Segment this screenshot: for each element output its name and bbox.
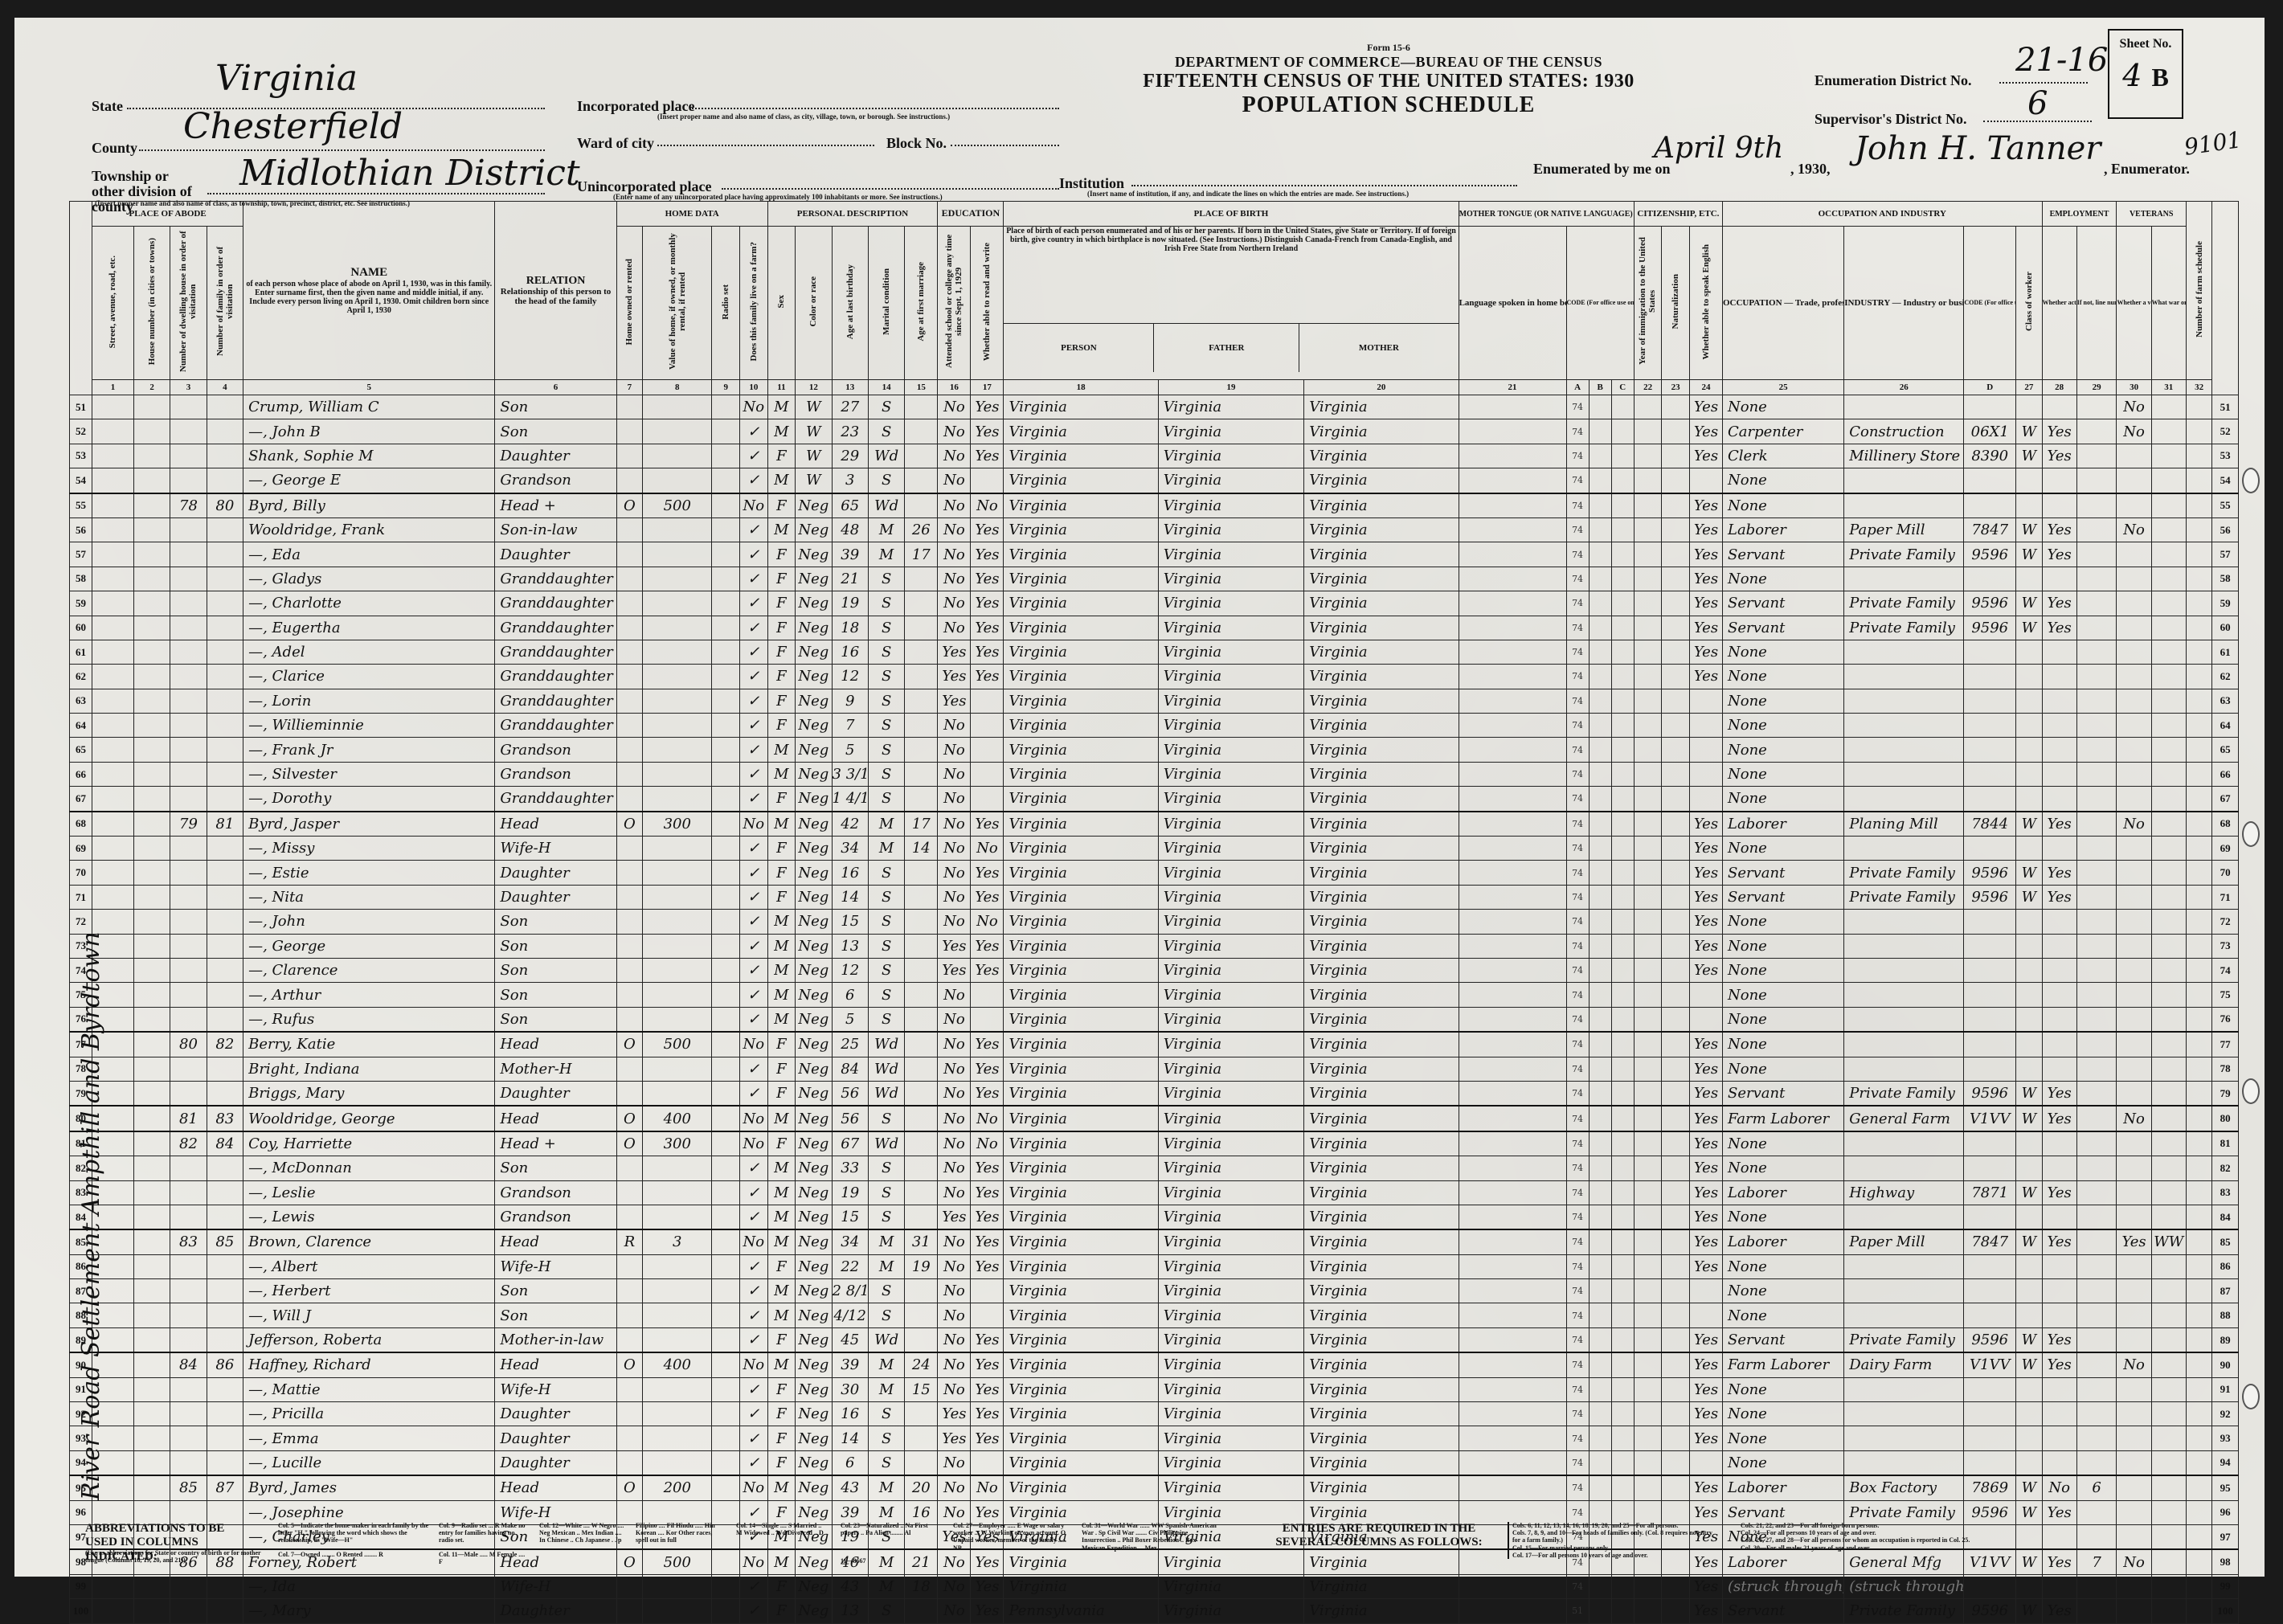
class-of-worker: W <box>2016 517 2042 542</box>
ward-label: Ward of city <box>577 135 654 152</box>
col-26-header: INDUSTRY — Industry or business, as cott… <box>1844 227 1964 380</box>
occupation-code: 9596 <box>1964 616 2016 640</box>
column-number: 24 <box>1689 380 1722 395</box>
birthplace-father: Virginia <box>1158 714 1304 738</box>
code-c <box>1611 1205 1634 1229</box>
farm: ✓ <box>740 1574 768 1595</box>
unemployment-line <box>2076 714 2117 738</box>
family-number <box>207 1574 243 1595</box>
person-name: —, John B <box>243 419 495 444</box>
farm: ✓ <box>740 1279 768 1303</box>
column-number: A <box>1566 380 1589 395</box>
code-b <box>1589 517 1611 542</box>
birthplace-mother: Virginia <box>1304 1131 1459 1156</box>
farm: No <box>740 1229 768 1254</box>
age-first-marriage <box>905 1106 938 1131</box>
line-number-right: 57 <box>2212 542 2239 567</box>
col-7-header: Home owned or rented <box>616 227 642 380</box>
at-work <box>2042 762 2076 786</box>
code-a: 74 <box>1566 1057 1589 1081</box>
class-of-worker <box>2016 395 2042 419</box>
attended-school: No <box>938 1254 971 1278</box>
unemployment-line <box>2076 640 2117 664</box>
birthplace-father: Virginia <box>1158 1574 1304 1595</box>
marital-status: S <box>868 1426 904 1450</box>
column-number: 31 <box>2151 380 2186 395</box>
house <box>133 762 170 786</box>
abbrev-col31: Col. 31—World War ...... WW Spanish-Amer… <box>1082 1522 1218 1552</box>
column-number: 5 <box>243 380 495 395</box>
age: 12 <box>832 665 868 689</box>
relation: Granddaughter <box>495 689 616 713</box>
occupation-code <box>1964 689 2016 713</box>
attended-school: No <box>938 910 971 934</box>
class-of-worker <box>2016 934 2042 958</box>
relation: Son-in-law <box>495 517 616 542</box>
veteran <box>2117 1032 2151 1057</box>
census-sheet: State Virginia County Chesterfield Towns… <box>14 18 2265 1577</box>
radio-set <box>712 689 740 713</box>
race: Neg <box>796 640 832 664</box>
birthplace-father: Virginia <box>1158 1402 1304 1426</box>
line-number-right: 60 <box>2212 616 2239 640</box>
marital-status: M <box>868 1229 904 1254</box>
veteran <box>2117 444 2151 468</box>
line-number-right: 91 <box>2212 1377 2239 1401</box>
code-a: 74 <box>1566 934 1589 958</box>
radio-set <box>712 1131 740 1156</box>
marital-status: S <box>868 787 904 812</box>
code-a: 74 <box>1566 1402 1589 1426</box>
person-name: —, Pricilla <box>243 1402 495 1426</box>
home-owned <box>616 738 642 762</box>
line-number-right: 59 <box>2212 591 2239 616</box>
radio-set <box>712 542 740 567</box>
speaks-english <box>1689 983 1722 1007</box>
line-number: 99 <box>70 1574 92 1595</box>
read-write: Yes <box>971 419 1004 444</box>
age: 56 <box>832 1106 868 1131</box>
veteran <box>2117 689 2151 713</box>
code-b <box>1589 665 1611 689</box>
farm-schedule <box>2186 1081 2211 1106</box>
naturalization <box>1662 1402 1690 1426</box>
at-work <box>2042 1402 2076 1426</box>
war <box>2151 1377 2186 1401</box>
radio-set <box>712 444 740 468</box>
street <box>92 861 134 885</box>
occupation: None <box>1722 983 1843 1007</box>
class-of-worker: W <box>2016 1081 2042 1106</box>
naturalization <box>1662 787 1690 812</box>
birthplace-mother: Virginia <box>1304 714 1459 738</box>
home-owned <box>616 616 642 640</box>
occupation: None <box>1722 1007 1843 1032</box>
birthplace-mother: Virginia <box>1304 1279 1459 1303</box>
house <box>133 861 170 885</box>
col-1-header: Street, avenue, road, etc. <box>92 227 134 380</box>
age-first-marriage <box>905 910 938 934</box>
col-29-header: If not, line number on Unemployment Sche… <box>2076 227 2117 380</box>
attended-school: No <box>938 567 971 591</box>
age: 15 <box>832 910 868 934</box>
line-number: 64 <box>70 714 92 738</box>
attended-school: No <box>938 738 971 762</box>
attended-school: No <box>938 861 971 885</box>
radio-set <box>712 958 740 982</box>
code-a: 74 <box>1566 861 1589 885</box>
unincorporated-line <box>722 188 1059 190</box>
read-write: Yes <box>971 1377 1004 1401</box>
relation: Head <box>495 812 616 837</box>
incorporated-line <box>689 108 1059 109</box>
unemployment-line <box>2076 1352 2117 1377</box>
unemployment-line <box>2076 1426 2117 1450</box>
race: Neg <box>796 542 832 567</box>
line-number-right: 76 <box>2212 1007 2239 1032</box>
table-row: 59—, CharlotteGranddaughter✓FNeg19SNoYes… <box>70 591 2239 616</box>
race: Neg <box>796 837 832 861</box>
occupation: None <box>1722 395 1843 419</box>
marital-status: M <box>868 517 904 542</box>
line-number-right: 68 <box>2212 812 2239 837</box>
relation: Granddaughter <box>495 591 616 616</box>
occupation: Servant <box>1722 1327 1843 1352</box>
table-row: 71—, NitaDaughter✓FNeg14SNoYesVirginiaVi… <box>70 885 2239 909</box>
naturalization <box>1662 665 1690 689</box>
age: 14 <box>832 1426 868 1450</box>
home-value <box>643 934 712 958</box>
age: 4/12 <box>832 1303 868 1327</box>
industry <box>1844 934 1964 958</box>
unemployment-line <box>2076 837 2117 861</box>
person-name: —, Gladys <box>243 567 495 591</box>
occupation: None <box>1722 1205 1843 1229</box>
attended-school: No <box>938 444 971 468</box>
language <box>1459 517 1566 542</box>
line-number-right: 99 <box>2212 1574 2239 1595</box>
age: 19 <box>832 591 868 616</box>
race: W <box>796 395 832 419</box>
birthplace-mother: Virginia <box>1304 444 1459 468</box>
age: 65 <box>832 493 868 518</box>
birthplace-person: Virginia <box>1004 910 1158 934</box>
code-c <box>1611 1057 1634 1081</box>
marital-status: S <box>868 983 904 1007</box>
line-number: 55 <box>70 493 92 518</box>
sd-value: 6 <box>2027 85 2048 122</box>
home-value: 300 <box>643 1131 712 1156</box>
sex: M <box>767 738 796 762</box>
group-veterans: VETERANS <box>2117 202 2186 227</box>
relation: Grandson <box>495 468 616 493</box>
table-row: 62—, ClariceGranddaughter✓FNeg12SYesYesV… <box>70 665 2239 689</box>
line-number-right: 81 <box>2212 1131 2239 1156</box>
sex: F <box>767 616 796 640</box>
street <box>92 738 134 762</box>
code-b <box>1589 958 1611 982</box>
marital-status: Wd <box>868 493 904 518</box>
home-owned <box>616 1450 642 1475</box>
birthplace-father: Virginia <box>1158 837 1304 861</box>
col-15-header: Age at first marriage <box>905 227 938 380</box>
col-25-header: OCCUPATION — Trade, profession, or parti… <box>1722 227 1843 380</box>
age-first-marriage <box>905 468 938 493</box>
table-row: 958587Byrd, JamesHeadO200NoMNeg43M20NoNo… <box>70 1475 2239 1500</box>
street <box>92 616 134 640</box>
age: 15 <box>832 1205 868 1229</box>
unemployment-line <box>2076 665 2117 689</box>
age-first-marriage <box>905 1156 938 1180</box>
naturalization <box>1662 395 1690 419</box>
naturalization <box>1662 1180 1690 1205</box>
speaks-english: Yes <box>1689 837 1722 861</box>
age: 42 <box>832 812 868 837</box>
age: 16 <box>832 1402 868 1426</box>
code-a: 74 <box>1566 1205 1589 1229</box>
county-line <box>139 149 545 151</box>
at-work <box>2042 1279 2076 1303</box>
read-write: Yes <box>971 1352 1004 1377</box>
at-work <box>2042 395 2076 419</box>
house <box>133 1180 170 1205</box>
war <box>2151 1007 2186 1032</box>
birthplace-person: Virginia <box>1004 1303 1158 1327</box>
language <box>1459 812 1566 837</box>
age: 34 <box>832 837 868 861</box>
farm-schedule <box>2186 395 2211 419</box>
age-first-marriage: 20 <box>905 1475 938 1500</box>
birthplace-father: Virginia <box>1158 419 1304 444</box>
race: Neg <box>796 567 832 591</box>
relation: Son <box>495 1279 616 1303</box>
sex: F <box>767 787 796 812</box>
person-name: Crump, William C <box>243 395 495 419</box>
veteran <box>2117 1007 2151 1032</box>
race: Neg <box>796 1426 832 1450</box>
column-number: C <box>1611 380 1634 395</box>
industry: (struck through) <box>1844 1574 1964 1595</box>
age-first-marriage <box>905 1007 938 1032</box>
farm-schedule <box>2186 468 2211 493</box>
age: 33 <box>832 1156 868 1180</box>
industry: Private Family <box>1844 616 1964 640</box>
attended-school: No <box>938 1475 971 1500</box>
home-owned <box>616 1574 642 1595</box>
race: Neg <box>796 1574 832 1595</box>
veteran <box>2117 1303 2151 1327</box>
race: Neg <box>796 1475 832 1500</box>
marital-status: S <box>868 1450 904 1475</box>
farm: ✓ <box>740 517 768 542</box>
dwelling-number <box>170 542 207 567</box>
age-first-marriage <box>905 762 938 786</box>
family-number <box>207 910 243 934</box>
at-work <box>2042 1254 2076 1278</box>
group-occupation: OCCUPATION AND INDUSTRY <box>1722 202 2042 227</box>
dwelling-number: 83 <box>170 1229 207 1254</box>
industry: Private Family <box>1844 542 1964 567</box>
farm: ✓ <box>740 910 768 934</box>
state-value: Virginia <box>215 58 358 99</box>
person-name: —, Adel <box>243 640 495 664</box>
veteran <box>2117 1279 2151 1303</box>
home-owned <box>616 1279 642 1303</box>
code-a: 74 <box>1566 787 1589 812</box>
war <box>2151 1450 2186 1475</box>
sex: M <box>767 468 796 493</box>
marital-status: S <box>868 468 904 493</box>
home-value <box>643 1007 712 1032</box>
age-first-marriage <box>905 738 938 762</box>
code-b <box>1589 885 1611 909</box>
line-gutter-right <box>2212 202 2239 395</box>
birthplace-person: Virginia <box>1004 738 1158 762</box>
birthplace-person: Virginia <box>1004 1057 1158 1081</box>
code-c <box>1611 1327 1634 1352</box>
attended-school: No <box>938 1057 971 1081</box>
sex: M <box>767 958 796 982</box>
speaks-english: Yes <box>1689 542 1722 567</box>
binder-hole <box>2242 468 2260 493</box>
language <box>1459 616 1566 640</box>
war <box>2151 983 2186 1007</box>
year-immigration <box>1634 1426 1662 1450</box>
dwelling-number <box>170 640 207 664</box>
home-value <box>643 419 712 444</box>
code-a: 74 <box>1566 1352 1589 1377</box>
birthplace-father: Virginia <box>1158 444 1304 468</box>
birthplace-father: Virginia <box>1158 567 1304 591</box>
person-name: —, Eda <box>243 542 495 567</box>
sex: F <box>767 689 796 713</box>
relation: Son <box>495 419 616 444</box>
birthplace-mother: Virginia <box>1304 1007 1459 1032</box>
home-owned <box>616 1180 642 1205</box>
farm-schedule <box>2186 958 2211 982</box>
home-owned <box>616 861 642 885</box>
industry <box>1844 1303 1964 1327</box>
attended-school: No <box>938 1131 971 1156</box>
naturalization <box>1662 689 1690 713</box>
attended-school: No <box>938 885 971 909</box>
home-owned <box>616 665 642 689</box>
class-of-worker <box>2016 1057 2042 1081</box>
birthplace-father: Virginia <box>1158 1032 1304 1057</box>
farm: ✓ <box>740 1402 768 1426</box>
occupation: None <box>1722 1131 1843 1156</box>
year-immigration <box>1634 419 1662 444</box>
race: Neg <box>796 812 832 837</box>
home-owned <box>616 1156 642 1180</box>
occupation: None <box>1722 837 1843 861</box>
sex: F <box>767 1327 796 1352</box>
population-schedule-table: PLACE OF ABODE NAME of each person whose… <box>69 201 2239 1595</box>
farm-schedule <box>2186 738 2211 762</box>
birthplace-mother: Virginia <box>1304 1254 1459 1278</box>
person-name: —, Ida <box>243 1574 495 1595</box>
industry: Construction <box>1844 419 1964 444</box>
speaks-english <box>1689 1007 1722 1032</box>
sheet-number: 4 <box>2122 58 2142 93</box>
family-number <box>207 1081 243 1106</box>
family-number <box>207 542 243 567</box>
sex: F <box>767 1574 796 1595</box>
naturalization <box>1662 1057 1690 1081</box>
speaks-english: Yes <box>1689 1254 1722 1278</box>
table-row: 76—, RufusSon✓MNeg5SNoVirginiaVirginiaVi… <box>70 1007 2239 1032</box>
class-of-worker: W <box>2016 444 2042 468</box>
col-30-header: Whether a veteran of U.S. military or na… <box>2117 227 2151 380</box>
birthplace-father: Virginia <box>1158 1426 1304 1450</box>
age-first-marriage <box>905 787 938 812</box>
dwelling-number <box>170 861 207 885</box>
age-first-marriage <box>905 1279 938 1303</box>
occupation: None <box>1722 934 1843 958</box>
line-number: 63 <box>70 689 92 713</box>
code-b <box>1589 395 1611 419</box>
house <box>133 885 170 909</box>
age: 43 <box>832 1475 868 1500</box>
radio-set <box>712 1057 740 1081</box>
home-owned: O <box>616 1352 642 1377</box>
col-code-abc-header: CODE (For office use only. Do not write … <box>1566 227 1634 380</box>
unemployment-line <box>2076 689 2117 713</box>
birthplace-mother: Virginia <box>1304 1205 1459 1229</box>
relation: Son <box>495 910 616 934</box>
col-9-header: Radio set <box>712 227 740 380</box>
birthplace-father: Virginia <box>1158 1450 1304 1475</box>
group-education: EDUCATION <box>938 202 1004 227</box>
person-name: —, Missy <box>243 837 495 861</box>
person-name: —, George E <box>243 468 495 493</box>
farm: ✓ <box>740 1205 768 1229</box>
house <box>133 1032 170 1057</box>
code-a: 74 <box>1566 738 1589 762</box>
read-write: Yes <box>971 616 1004 640</box>
relation: Granddaughter <box>495 616 616 640</box>
age: 39 <box>832 542 868 567</box>
year-immigration <box>1634 885 1662 909</box>
relation: Son <box>495 395 616 419</box>
person-name: —, Lorin <box>243 689 495 713</box>
column-number: 26 <box>1844 380 1964 395</box>
farm-schedule <box>2186 493 2211 518</box>
farm: ✓ <box>740 1180 768 1205</box>
year-immigration <box>1634 714 1662 738</box>
at-work <box>2042 1574 2076 1595</box>
occupation: None <box>1722 493 1843 518</box>
line-number-right: 72 <box>2212 910 2239 934</box>
unemployment-line <box>2076 468 2117 493</box>
year-immigration <box>1634 468 1662 493</box>
at-work: Yes <box>2042 1180 2076 1205</box>
relation: Daughter <box>495 542 616 567</box>
naturalization <box>1662 567 1690 591</box>
relation: Head + <box>495 1131 616 1156</box>
language <box>1459 1156 1566 1180</box>
abbreviations-footer: ABBREVIATIONS TO BE USED IN COLUMNS INDI… <box>69 1520 2239 1569</box>
code-b <box>1589 910 1611 934</box>
age-first-marriage <box>905 1057 938 1081</box>
at-work <box>2042 910 2076 934</box>
home-value <box>643 1450 712 1475</box>
war <box>2151 1081 2186 1106</box>
family-number <box>207 1426 243 1450</box>
occupation-code: 8390 <box>1964 444 2016 468</box>
war <box>2151 665 2186 689</box>
class-of-worker <box>2016 762 2042 786</box>
